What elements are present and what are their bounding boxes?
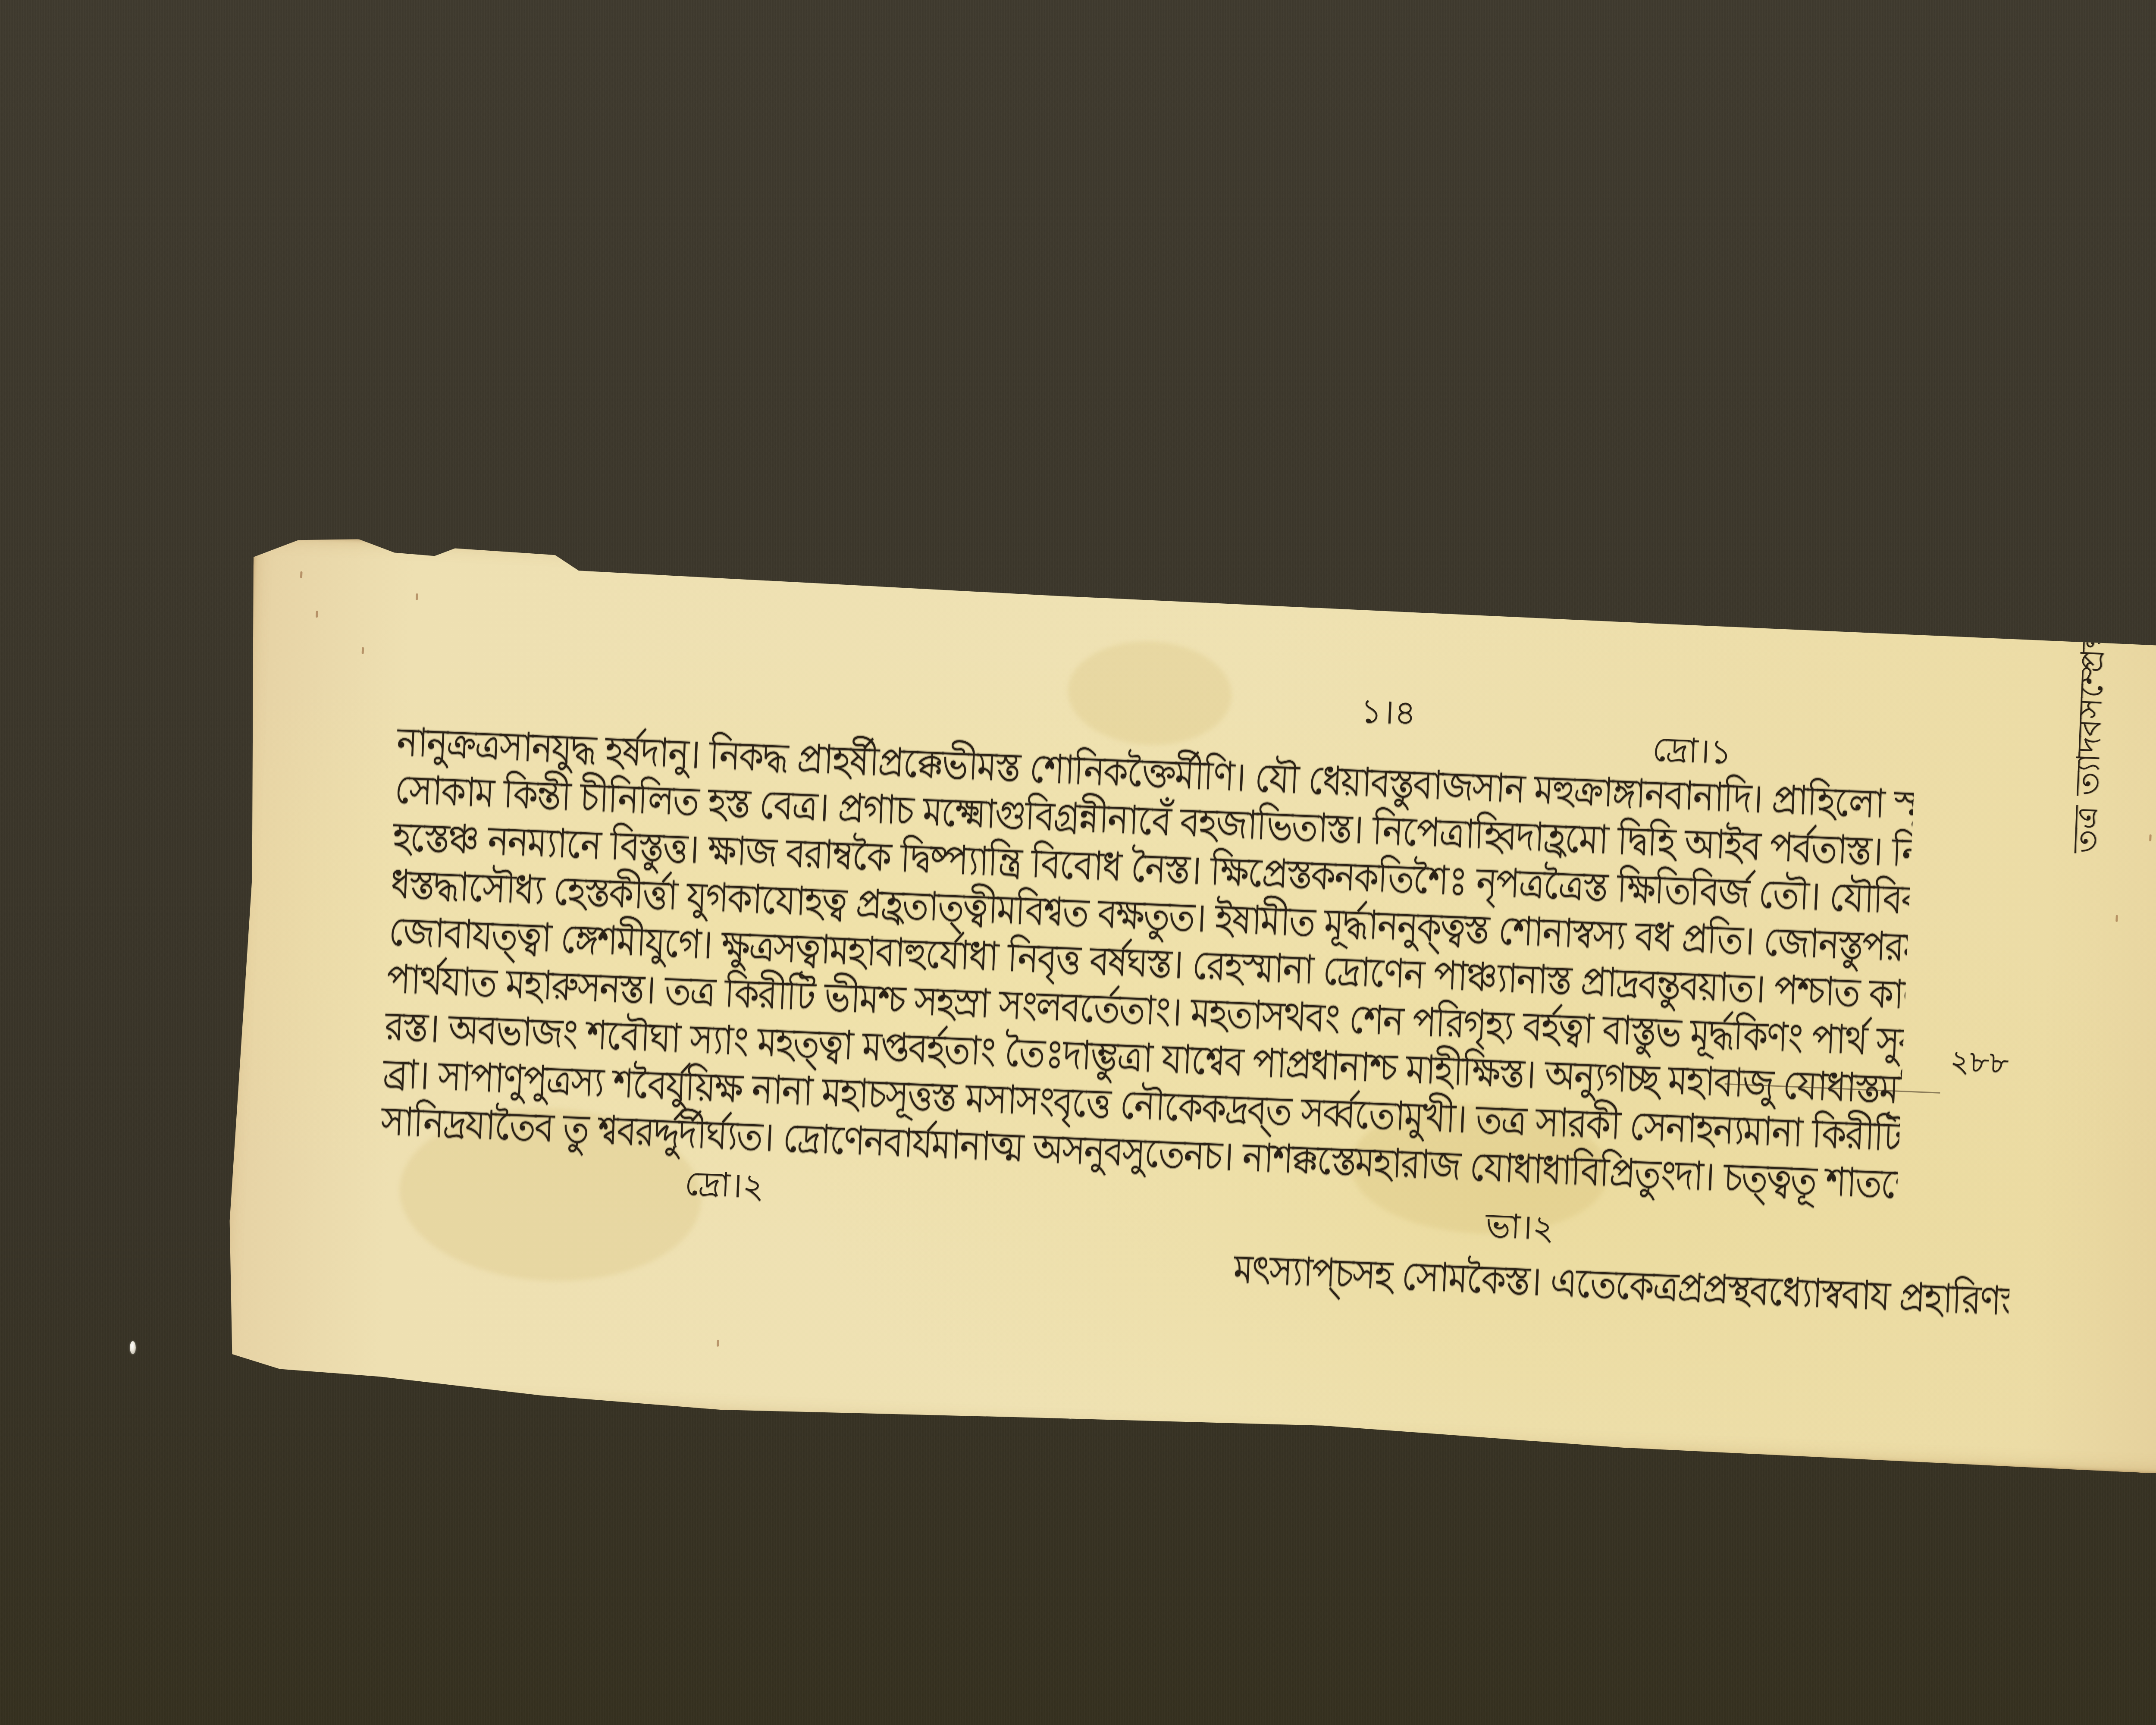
paper-fleck (2115, 915, 2118, 922)
paper-fleck (416, 593, 418, 600)
paper-stain (1066, 638, 1234, 748)
paper-fleck (717, 1340, 719, 1347)
paper-fleck (316, 611, 318, 618)
paper-fleck (300, 571, 303, 578)
mounting-pin (130, 1341, 136, 1354)
paper-fleck (2149, 834, 2152, 841)
bottom-text-line: মৎস্যাপ্চসহ সোমকৈস্ত। এতেকেত্রপ্রপ্রস্থব… (1232, 1239, 2010, 1337)
bottom-folio-mark-left: দ্রো।২ (683, 1157, 765, 1217)
margin-number: ২৮৮ (1949, 1038, 2010, 1091)
top-folio-mark-left: ১।৪ (1359, 685, 1417, 743)
paper-fleck (362, 647, 364, 654)
manuscript-leaf: ১।৪ দ্রো।১ নানুক্রত্রসানযুদ্ধ হর্ষদানু। … (219, 535, 2156, 1476)
